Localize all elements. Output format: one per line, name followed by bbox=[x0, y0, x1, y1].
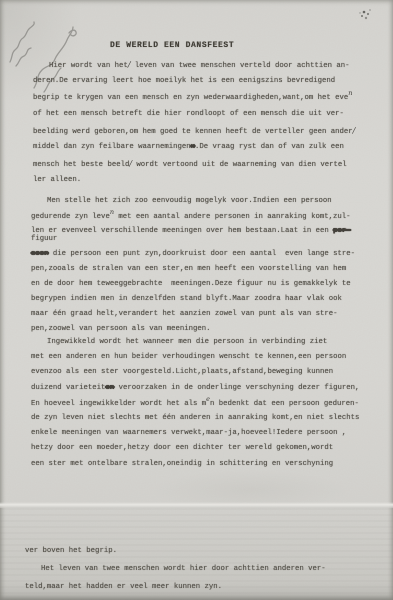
typescript-line: begrip te krygen van een mensch en zyn w… bbox=[33, 93, 385, 110]
fold-crease bbox=[0, 502, 393, 508]
typescript-line: Men stelle het zich zoo eenvoudig mogely… bbox=[31, 197, 385, 212]
typescript-line: ler alleen. bbox=[33, 176, 385, 193]
typescript-line: een ster met ontelbare stralen,oneindig … bbox=[31, 460, 385, 475]
typescript-line: met een anderen en hun beider verhouding… bbox=[31, 353, 385, 368]
typescript-line: En hoeveel ingewikkelder wordt het als m… bbox=[31, 399, 385, 414]
typescript-line: maar één graad helt,verandert het aanzie… bbox=[31, 310, 385, 325]
typescript-line: evenzoo als een ster voorgesteld.Licht,p… bbox=[31, 368, 385, 383]
typescript-line: Ingewikkeld wordt het wanneer men die pe… bbox=[31, 338, 385, 353]
typescript-line: deren.De ervaring leert hoe moeilyk het … bbox=[33, 77, 385, 94]
document-title: DE WERELD EEN DANSFEEST bbox=[110, 41, 234, 50]
typescript-line: en de door hem teweeggebrachte meeningen… bbox=[31, 280, 385, 295]
typescript-line: pen,zooals de stralen van een ster,en me… bbox=[31, 265, 385, 280]
typescript-line: hetzy door een moeder,hetzy door een dic… bbox=[31, 444, 385, 459]
handwritten-insert: e bbox=[206, 395, 210, 403]
typescript-line: begrypen indien men in denzelfden stand … bbox=[31, 295, 385, 310]
pen-mark: ∕ bbox=[129, 159, 132, 168]
typescript-line: soon die persoon een punt zyn,doorkruist… bbox=[31, 250, 385, 265]
paragraph-1: Hier wordt van het∕ leven van twee mensc… bbox=[33, 60, 385, 192]
typescript-line: middel dan zyn feilbare waarnemingenx.De… bbox=[33, 143, 385, 160]
typescript-line: of het een mensch betreft die hier rondl… bbox=[33, 110, 385, 127]
paragraph-3: Ingewikkeld wordt het wanneer men die pe… bbox=[31, 338, 385, 475]
struck-text: per- bbox=[333, 227, 351, 235]
typescript-line: beelding werd geboren,om hem goed te ken… bbox=[33, 126, 385, 143]
typescript-line: teld,maar het hadden er veel meer kunnen… bbox=[25, 583, 385, 600]
interline-insert: figuur bbox=[31, 235, 385, 250]
typescript-line: Het leven van twee menschen wordt hier d… bbox=[25, 565, 385, 583]
pen-mark: ∕ bbox=[353, 126, 356, 135]
paragraph-4: ver boven het begrip.Het leven van twee … bbox=[25, 547, 385, 600]
pen-mark: ∕ bbox=[128, 60, 131, 69]
struck-text: en bbox=[105, 384, 114, 392]
paragraph-2: Men stelle het zich zoo eenvoudig mogely… bbox=[31, 197, 385, 340]
typescript-page: DE WERELD EEN DANSFEEST Hier wordt van h… bbox=[0, 0, 393, 600]
struck-text: soon bbox=[31, 250, 49, 258]
typescript-line: ver boven het begrip. bbox=[25, 547, 385, 565]
struck-text: x bbox=[191, 143, 195, 151]
typescript-line: de zyn leven niet slechts met één andere… bbox=[31, 414, 385, 429]
handwritten-insert: n bbox=[348, 89, 352, 97]
typescript-line: Hier wordt van het∕ leven van twee mensc… bbox=[33, 60, 385, 77]
handwritten-insert: n bbox=[110, 208, 114, 216]
typescript-line: gedurende zyn leven met een aantal ander… bbox=[31, 212, 385, 227]
typescript-line: mensch het beste beeld∕ wordt vertoond u… bbox=[33, 159, 385, 176]
typescript-line: enkele meeningen van waarnemers verwekt,… bbox=[31, 429, 385, 444]
